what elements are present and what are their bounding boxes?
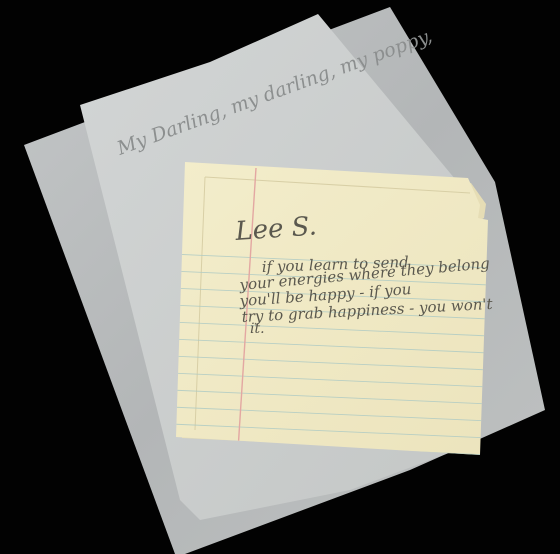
legal-salutation: Lee S. — [233, 211, 317, 247]
paper-stack: My Darling, my darling, my poppy, — [0, 0, 560, 554]
legal-line-5: it. — [250, 321, 265, 337]
photo-stage: My Darling, my darling, my poppy, — [0, 0, 560, 554]
